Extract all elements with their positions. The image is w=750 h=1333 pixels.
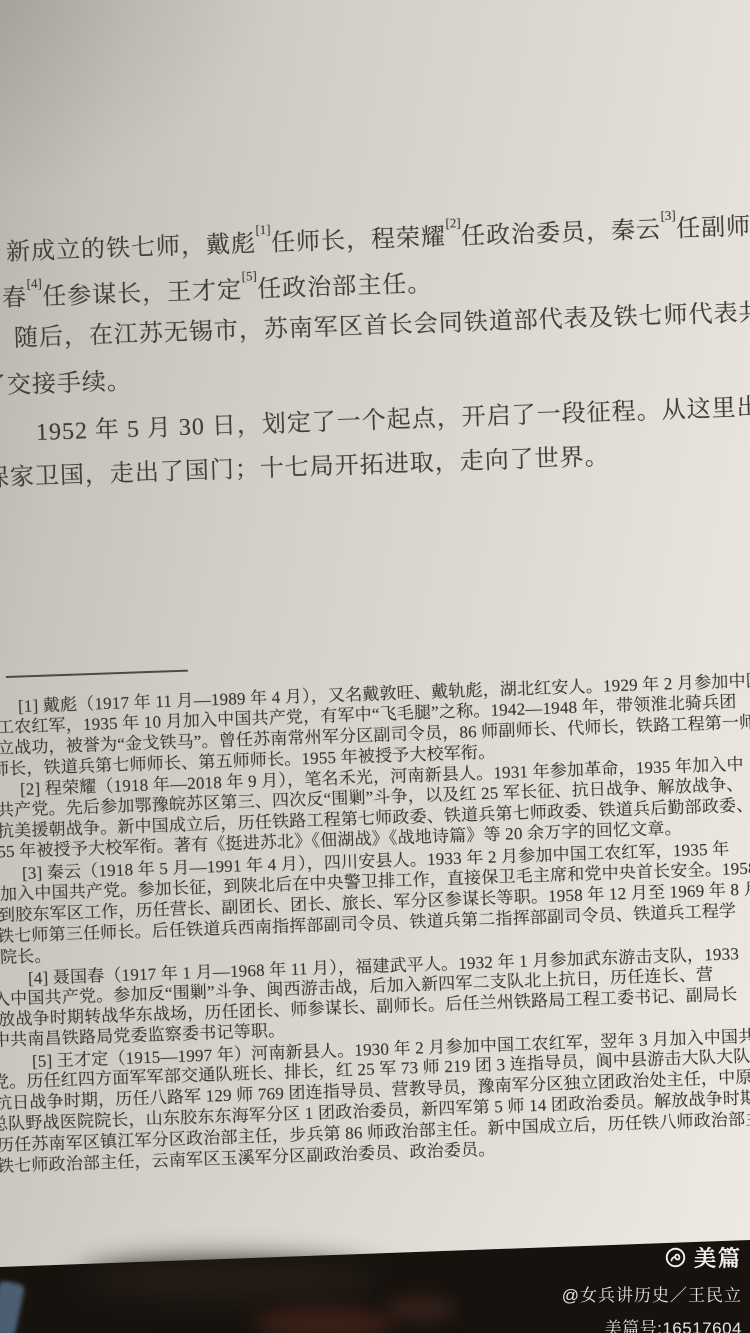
main-text-line: 了交接手续。 — [0, 367, 132, 402]
main-text-line: 新成立的铁七师，戴彪[1]任师长，程荣耀[2]任政治委员，秦云[3]任副师长， — [5, 204, 750, 268]
footnote-divider-rule — [6, 670, 188, 678]
background-blur-shape — [80, 1260, 380, 1300]
book-page: 新成立的铁七师，戴彪[1]任师长，程荣耀[2]任政治委员，秦云[3]任副师长，春… — [0, 0, 750, 1333]
watermark-author: @女兵讲历史／王民立 — [412, 1281, 742, 1306]
meipian-watermark: 美篇 @女兵讲历史／王民立 美篇号:16517604 — [412, 1244, 742, 1333]
main-text-line: 1952 年 5 月 30 日，划定了一个起点，开启了一段征程。从这里出发，铁七 — [35, 389, 750, 448]
photo-of-book-page: { "page": { "main_lines": [ {"text": "新成… — [0, 0, 750, 1333]
main-text-line: 保家卫国，走出了国门；十七局开拓进取，走向了世界。 — [0, 442, 610, 494]
meipian-logo-icon — [665, 1247, 686, 1268]
page-text-layer: 新成立的铁七师，戴彪[1]任师长，程荣耀[2]任政治委员，秦云[3]任副师长，春… — [0, 0, 750, 1333]
footnote-text-line: 院长。 — [0, 945, 52, 968]
background-blur-shape — [255, 1308, 395, 1333]
watermark-brand-row: 美篇 — [412, 1244, 742, 1270]
watermark-member-id: 美篇号:16517604 — [412, 1314, 742, 1333]
main-text-line: 春[4]任参谋长，王才定[5]任政治部主任。 — [1, 263, 432, 314]
background-blur-shape — [0, 1280, 25, 1333]
watermark-brand-text: 美篇 — [694, 1242, 742, 1273]
